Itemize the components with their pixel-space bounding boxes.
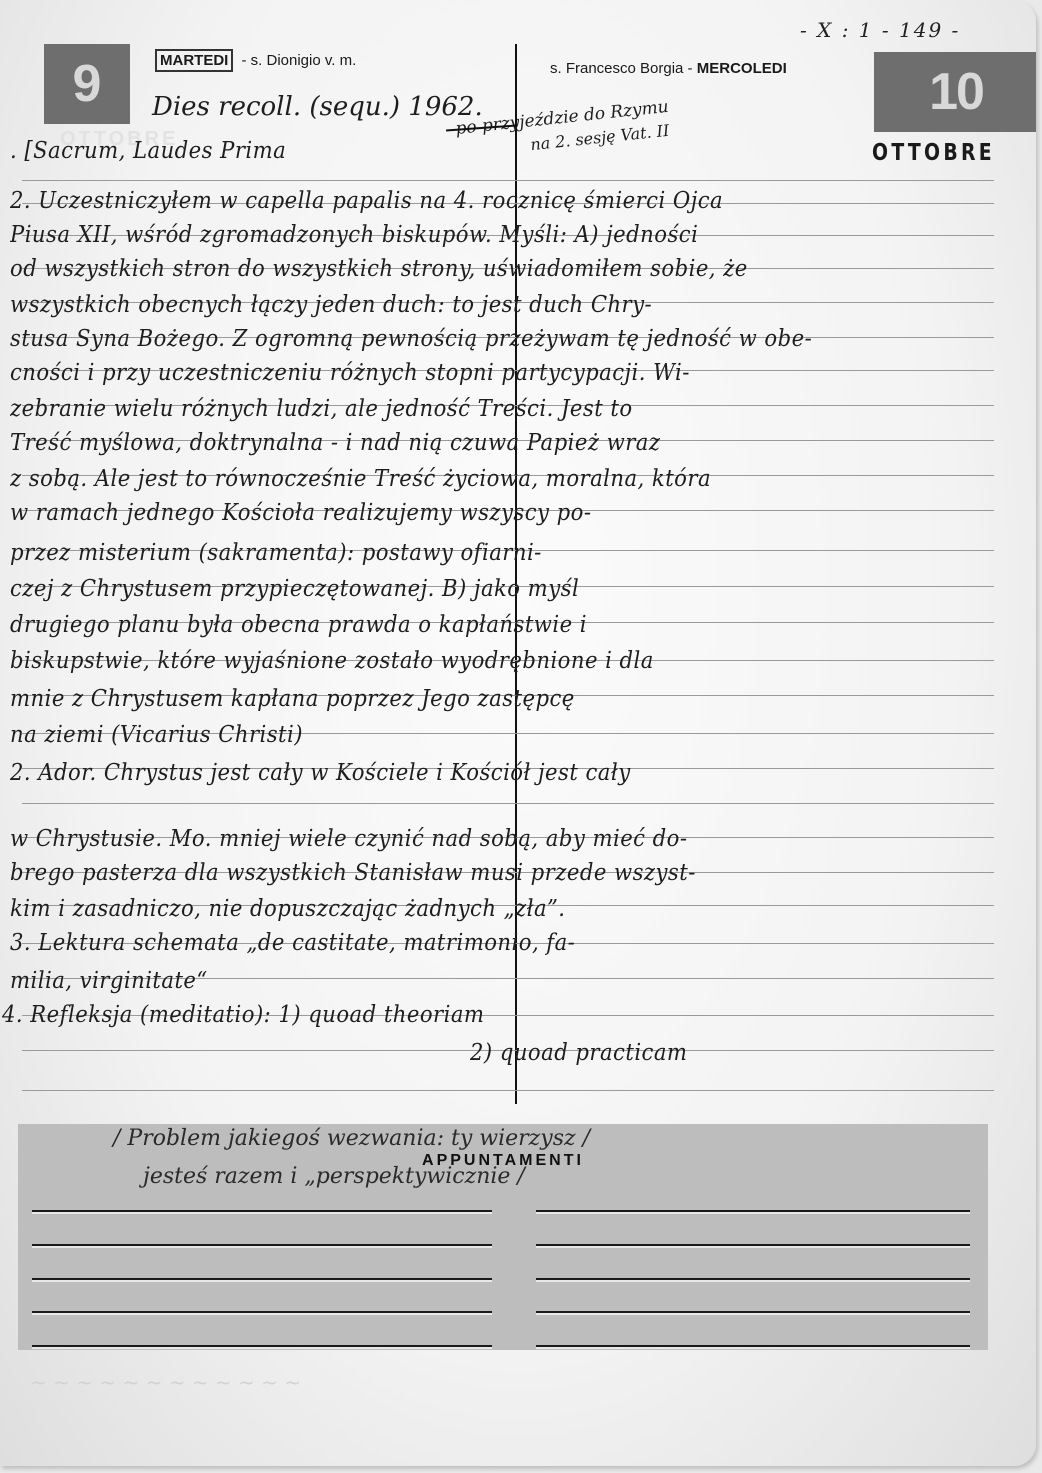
diary-page: - X : 1 - 149 - 9 OTTOBRE MARTEDI - s. D…	[0, 0, 1036, 1466]
appointment-line	[536, 1345, 970, 1347]
handwritten-line: 4. Refleksja (meditatio): 1) quoad theor…	[2, 1002, 916, 1028]
handwritten-line: w Chrystusie. Mo. mniej wiele czynić nad…	[10, 826, 917, 852]
handwritten-line: biskupstwie, które wyjaśnione zostało wy…	[10, 648, 917, 674]
saint-left: - s. Dionigio v. m.	[242, 52, 357, 69]
handwritten-line: Piusa XII, wśród zgromadzonych biskupów.…	[10, 222, 917, 248]
handwritten-line: Treść myślowa, doktrynalna - i nad nią c…	[10, 430, 917, 456]
handwritten-line: 2. Uczestniczyłem w capella papalis na 4…	[10, 188, 917, 214]
appointments-note-line1: / Problem jakiegoś wezwania: ty wierzysz…	[113, 1126, 590, 1151]
handwritten-line: cności i przy uczestniczeniu różnych sto…	[10, 360, 917, 386]
handwritten-line: z sobą. Ale jest to równocześnie Treść ż…	[10, 466, 917, 492]
handwritten-line: w ramach jednego Kościoła realizujemy ws…	[10, 500, 917, 526]
bleed-through-text: ~ ~ ~ ~ ~ ~ ~ ~ ~ ~ ~ ~	[30, 1370, 301, 1394]
archive-page-number: - X : 1 - 149 -	[800, 18, 960, 42]
appointment-line	[536, 1244, 970, 1246]
handwritten-line: mnie z Chrystusem kapłana poprzez Jego z…	[10, 686, 917, 712]
appointment-line	[32, 1311, 492, 1313]
appointment-line	[536, 1278, 970, 1280]
handwritten-line: przez misterium (sakramenta): postawy of…	[10, 540, 917, 566]
handwritten-title: Dies recoll. (sequ.) 1962.	[152, 92, 483, 122]
weekday-left: MARTEDI	[155, 49, 233, 72]
handwritten-line: drugiego planu była obecna prawda o kapł…	[10, 612, 917, 638]
handwritten-line: od wszystkich stron do wszystkich strony…	[10, 256, 917, 282]
appointment-line	[32, 1244, 492, 1246]
ruled-line	[22, 180, 994, 181]
left-day-heading: MARTEDI - s. Dionigio v. m.	[155, 52, 356, 69]
handwritten-line: brego pasterza dla wszystkich Stanisław …	[10, 860, 917, 886]
ruled-line	[22, 1090, 994, 1091]
handwritten-line: milia, virginitate“	[10, 968, 917, 994]
handwritten-line: 3. Lektura schemata „de castitate, matri…	[10, 930, 917, 956]
appointment-line	[32, 1278, 492, 1280]
handwritten-line: na ziemi (Vicarius Christi)	[10, 722, 917, 748]
handwritten-line: kim i zasadniczo, nie dopuszczając żadny…	[10, 896, 917, 922]
day-number-right: 10	[874, 52, 1036, 132]
handwritten-line: . [Sacrum, Laudes Prima	[10, 138, 917, 164]
handwritten-line: stusa Syna Bożego. Z ogromną pewnością p…	[10, 326, 917, 352]
day-number-left: 9	[44, 44, 130, 124]
right-day-heading: s. Francesco Borgia - MERCOLEDI	[550, 60, 787, 77]
handwritten-line: wszystkich obecnych łączy jeden duch: to…	[10, 292, 917, 318]
handwritten-line: czej z Chrystusem przypieczętowanej. B) …	[10, 576, 917, 602]
appointment-line	[32, 1345, 492, 1347]
appointments-box: APPUNTAMENTI / Problem jakiegoś wezwania…	[18, 1124, 988, 1350]
appointments-note-line2: jesteś razem i „perspektywicznie /	[143, 1164, 525, 1189]
handwritten-line: zebranie wielu różnych ludzi, ale jednoś…	[10, 396, 917, 422]
handwritten-line: 2. Ador. Chrystus jest cały w Kościele i…	[10, 760, 917, 786]
saint-right: s. Francesco Borgia -	[550, 60, 693, 77]
weekday-right: MERCOLEDI	[697, 60, 787, 77]
appointment-line	[536, 1311, 970, 1313]
ruled-line	[22, 803, 994, 804]
handwritten-line: 2) quoad practicam	[470, 1040, 954, 1066]
appointment-line	[536, 1210, 970, 1212]
appointment-line	[32, 1210, 492, 1212]
